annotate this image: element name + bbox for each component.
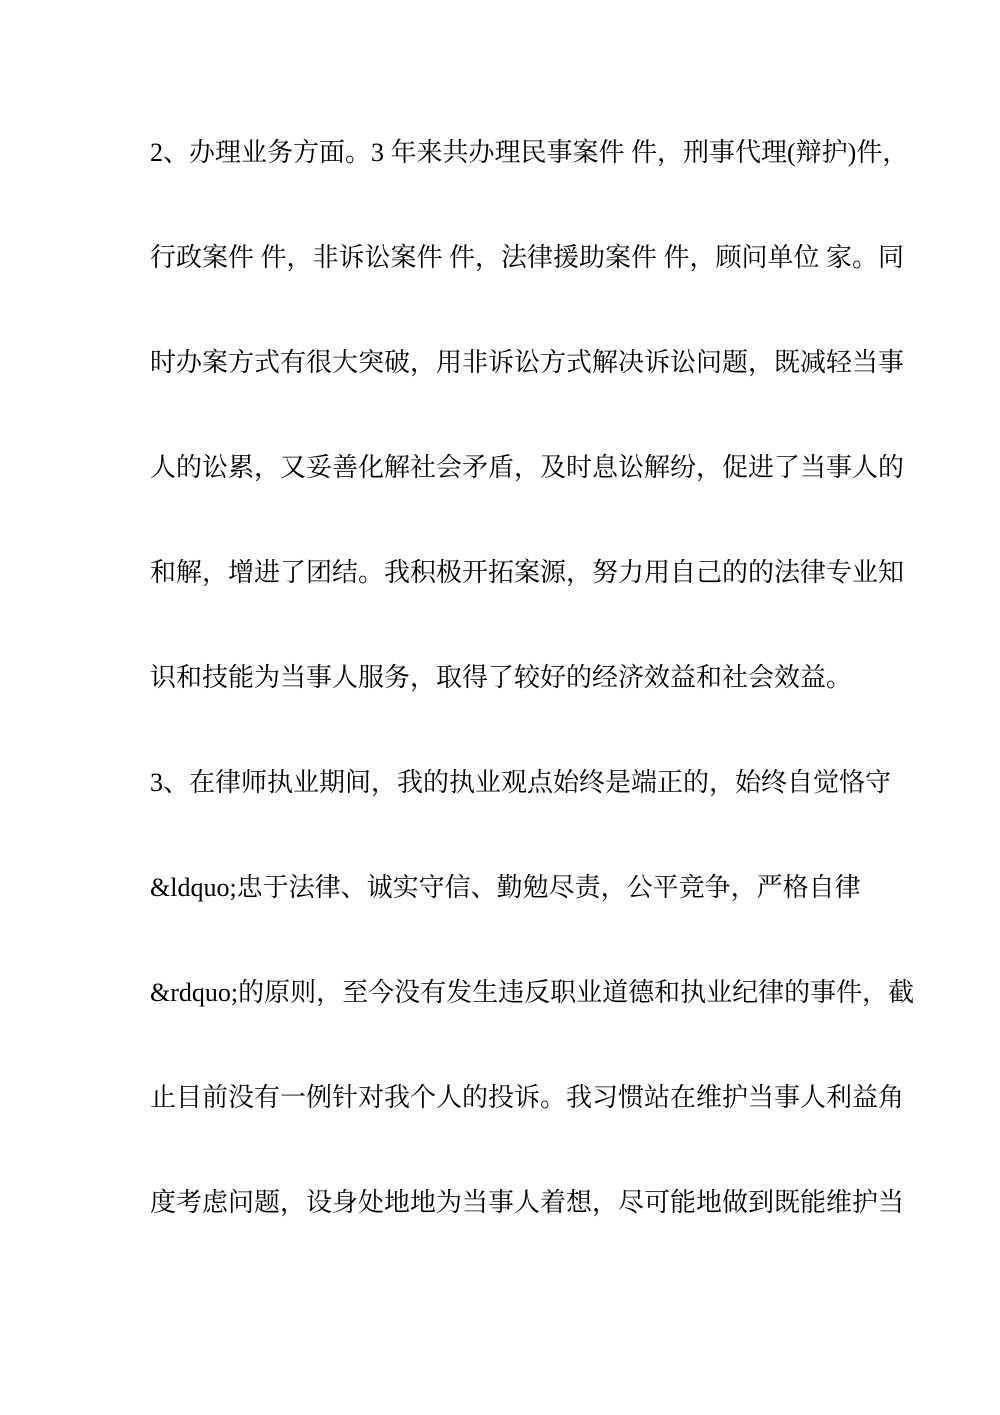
- text-line: 和解，增进了团结。我积极开拓案源，努力用自己的的法律专业知: [150, 520, 855, 625]
- text-line: &ldquo;忠于法律、诚实守信、勤勉尽责，公平竞争，严格自律: [150, 835, 855, 940]
- text-line: 2、办理业务方面。3 年来共办理民事案件 件，刑事代理(辩护)件，: [150, 100, 855, 205]
- paragraph-business-work: 2、办理业务方面。3 年来共办理民事案件 件，刑事代理(辩护)件， 行政案件 件…: [150, 100, 855, 730]
- text-line: 时办案方式有很大突破，用非诉讼方式解决诉讼问题，既减轻当事: [150, 310, 855, 415]
- text-line: 识和技能为当事人服务，取得了较好的经济效益和社会效益。: [150, 625, 855, 730]
- document-page: 2、办理业务方面。3 年来共办理民事案件 件，刑事代理(辩护)件， 行政案件 件…: [0, 0, 1000, 1415]
- paragraph-professional-ethics: 3、在律师执业期间，我的执业观点始终是端正的，始终自觉恪守 &ldquo;忠于法…: [150, 730, 855, 1255]
- text-line: 人的讼累，又妥善化解社会矛盾，及时息讼解纷，促进了当事人的: [150, 415, 855, 520]
- text-line: 度考虑问题，设身处地地为当事人着想，尽可能地做到既能维护当: [150, 1150, 855, 1255]
- text-line: 行政案件 件，非诉讼案件 件，法律援助案件 件，顾问单位 家。同: [150, 205, 855, 310]
- document-body: 2、办理业务方面。3 年来共办理民事案件 件，刑事代理(辩护)件， 行政案件 件…: [150, 100, 855, 1255]
- text-line: &rdquo;的原则，至今没有发生违反职业道德和执业纪律的事件，截: [150, 940, 855, 1045]
- text-line: 止目前没有一例针对我个人的投诉。我习惯站在维护当事人利益角: [150, 1045, 855, 1150]
- text-line: 3、在律师执业期间，我的执业观点始终是端正的，始终自觉恪守: [150, 730, 855, 835]
